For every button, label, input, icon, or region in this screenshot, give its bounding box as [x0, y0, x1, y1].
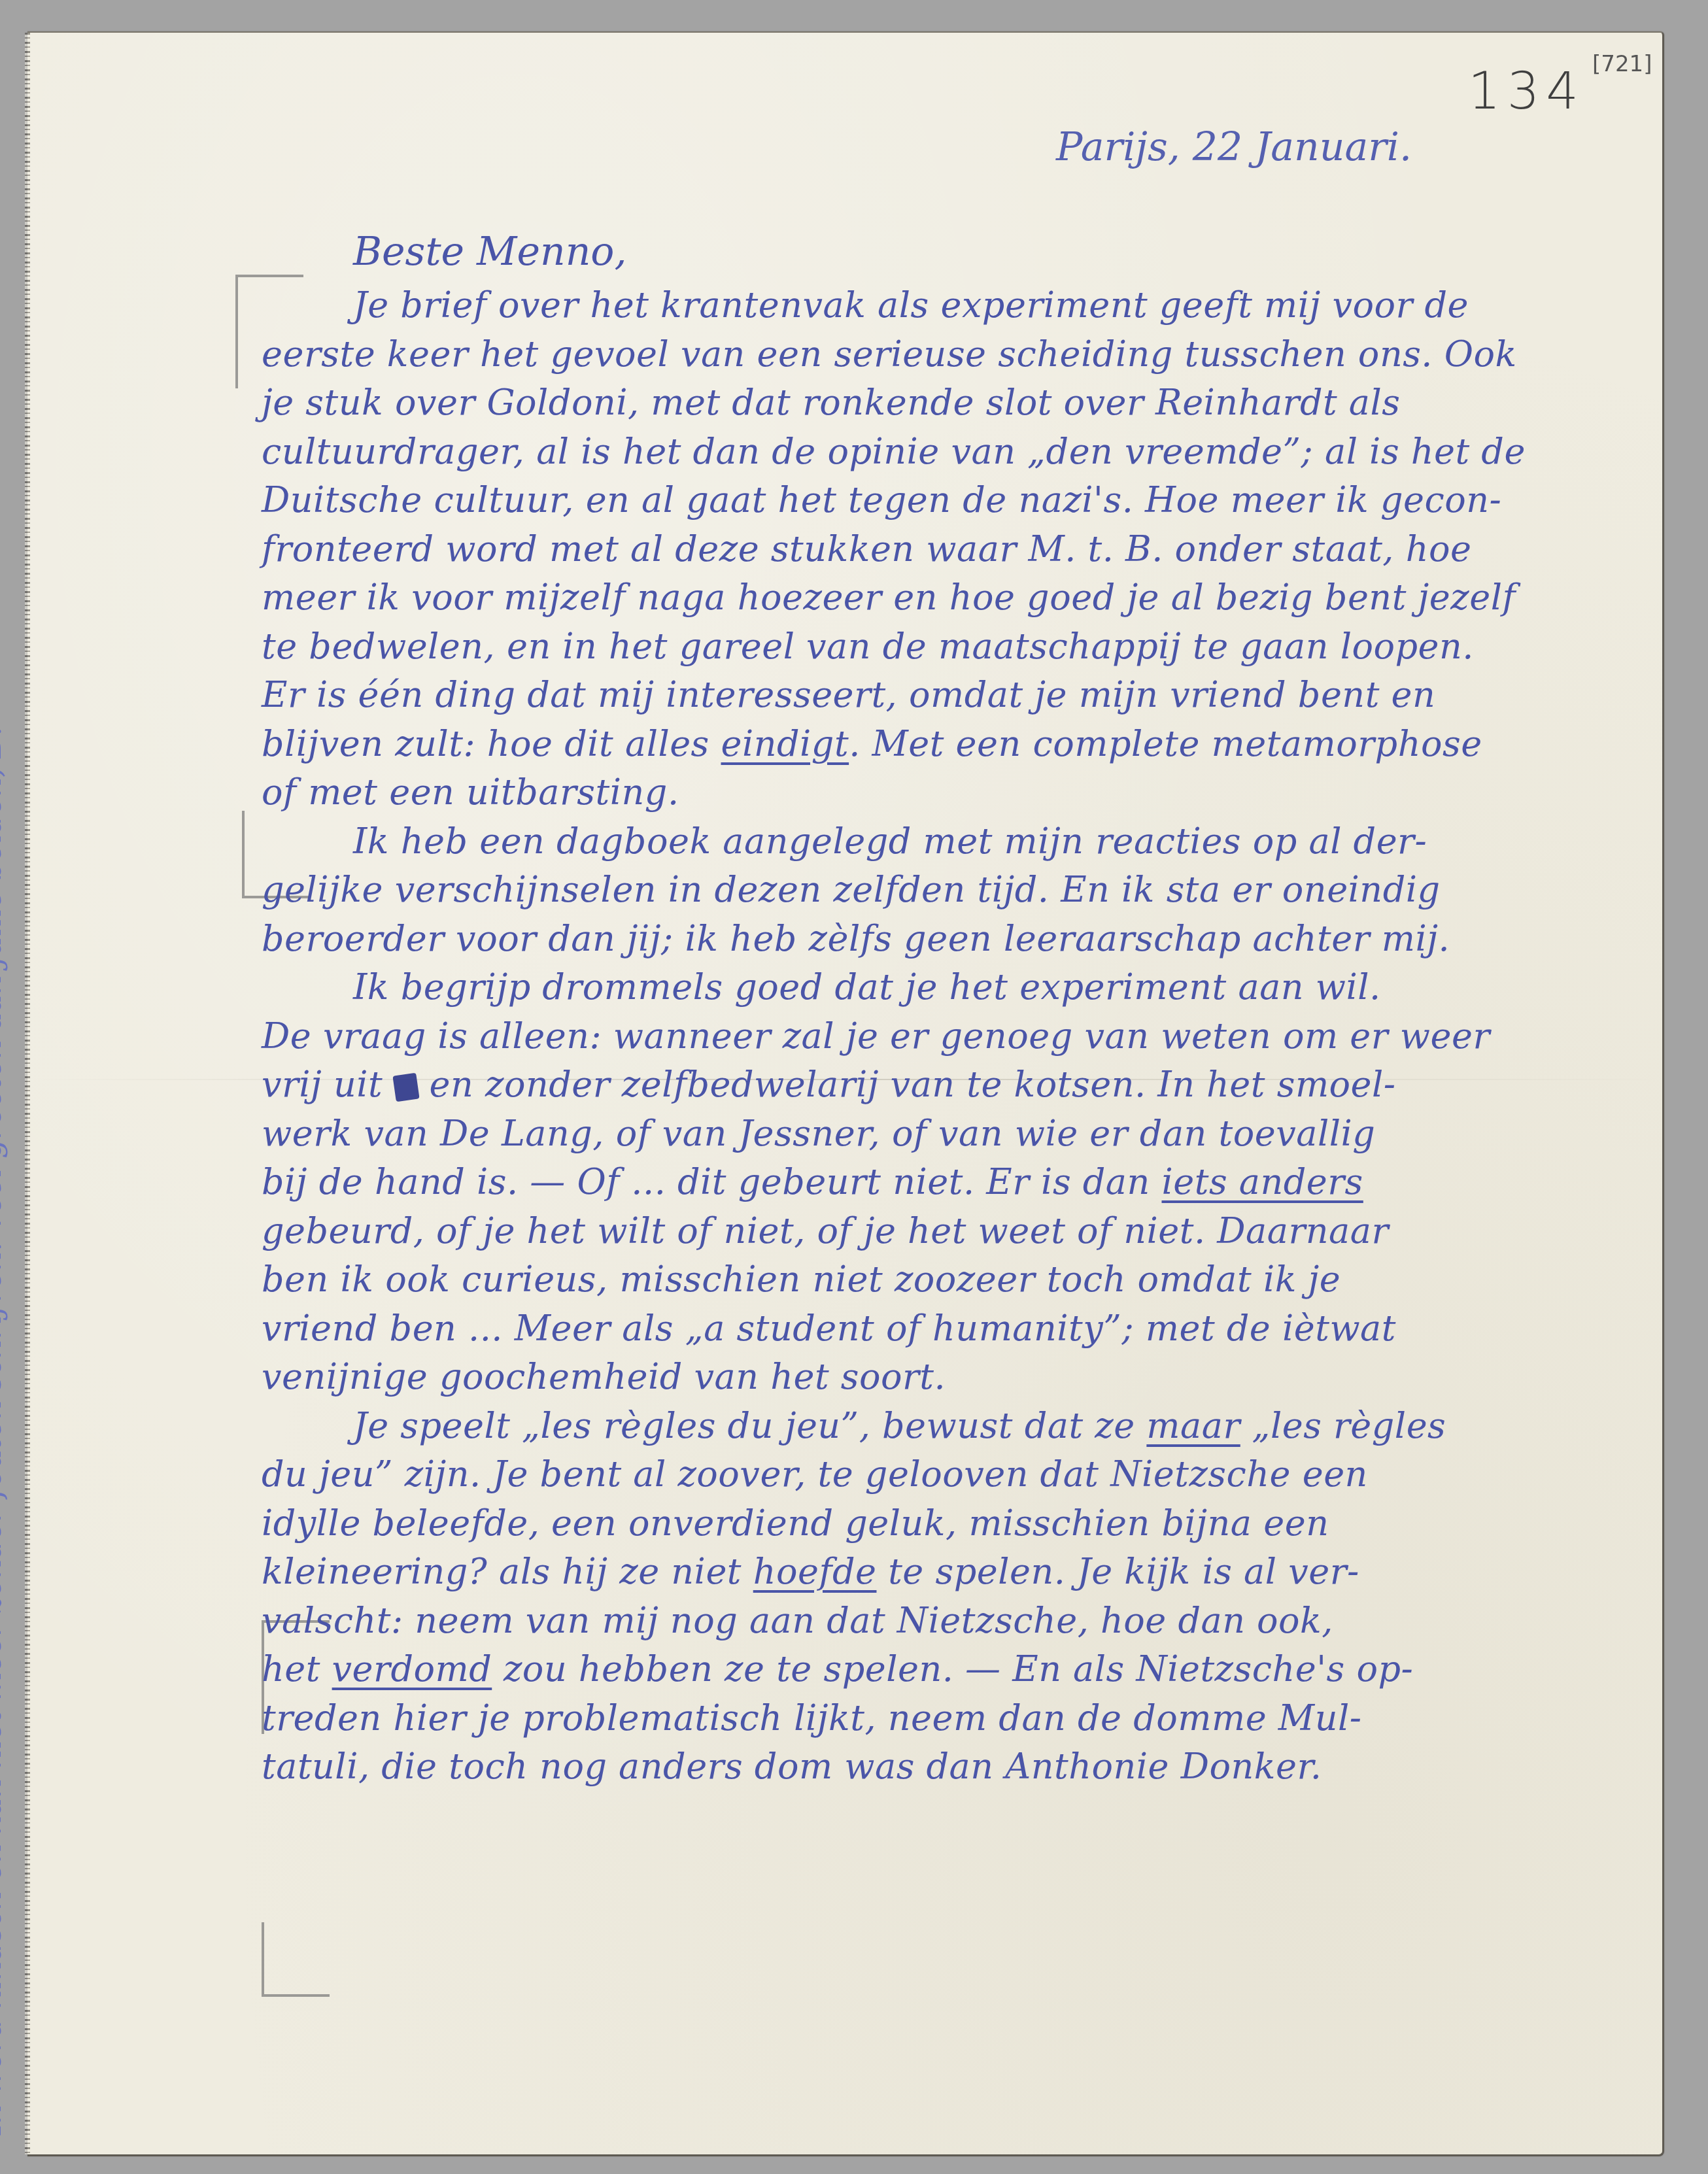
body-line: tatuli, die toch nog anders dom was dan … [262, 1742, 1667, 1792]
body-line: Er is één ding dat mij interesseert, omd… [262, 671, 1667, 720]
body-line: je stuk over Goldoni, met dat ronkende s… [262, 379, 1667, 428]
body-line: idylle beleefde, een onverdiend geluk, m… [262, 1499, 1667, 1548]
ink-blot-correction [392, 1073, 419, 1102]
body-line: gebeurd, of je het wilt of niet, of je h… [262, 1207, 1667, 1256]
body-line: kleineering? als hij ze niet hoefde te s… [262, 1548, 1667, 1597]
underlined-word: hoefde [753, 1551, 877, 1592]
body-line: beroerder voor dan jij; ik heb zèlfs gee… [262, 915, 1667, 964]
salutation: Beste Menno, [353, 229, 627, 275]
body-line: De vraag is alleen: wanneer zal je er ge… [262, 1012, 1667, 1061]
body-line: meer ik voor mijzelf naga hoezeer en hoe… [262, 573, 1667, 622]
body-line: blijven zult: hoe dit alles eindigt. Met… [262, 720, 1667, 769]
underlined-word: verdomd [332, 1648, 492, 1690]
pencil-bracket-end-2 [262, 1922, 330, 1997]
body-line: cultuurdrager, al is het dan de opinie v… [262, 428, 1667, 477]
body-line: vrij uit en zonder zelfbedwelarij van te… [262, 1061, 1667, 1110]
letter-body: Je brief over het krantenvak als experim… [262, 281, 1667, 1792]
underlined-word: maar [1146, 1405, 1240, 1446]
body-line: gelijke verschijnselen in dezen zelfden … [262, 866, 1667, 915]
body-line: het verdomd zou hebben ze te spelen. — E… [262, 1645, 1667, 1694]
body-line: Ik begrijp drommels goed dat je het expe… [262, 963, 1667, 1012]
body-line: Je brief over het krantenvak als experim… [262, 281, 1667, 330]
body-line: valscht: neem van mij nog aan dat Nietzs… [262, 1597, 1667, 1646]
dateline: Parijs, 22 Januari. [1056, 124, 1412, 170]
body-line: werk van De Lang, of van Jessner, of van… [262, 1110, 1667, 1159]
margin-note-line: Ik word kindsch en kan niet meer zonder … [0, 42, 20, 2135]
underlined-word: eindigt [721, 723, 849, 764]
body-line: Je speelt „les règles du jeu”, bewust da… [262, 1402, 1667, 1451]
body-line: eerste keer het gevoel van een serieuse … [262, 330, 1667, 379]
archive-reference: [721] [1592, 51, 1652, 77]
body-line: du jeu” zijn. Je bent al zoover, te gelo… [262, 1450, 1667, 1499]
body-line: of met een uitbarsting. [262, 768, 1667, 817]
margin-note-vertical: wij bepeerkt waren en naar anderen moest… [0, 42, 20, 2135]
body-line: Duitsche cultuur, en al gaat het tegen d… [262, 476, 1667, 525]
body-line: Ik heb een dagboek aangelegd met mijn re… [262, 817, 1667, 866]
body-line: ben ik ook curieus, misschien niet zooze… [262, 1255, 1667, 1304]
body-line: fronteerd word met al deze stukken waar … [262, 525, 1667, 574]
archive-number: 134 [1468, 62, 1585, 121]
body-line: treden hier je problematisch lijkt, neem… [262, 1694, 1667, 1743]
underlined-word: iets anders [1161, 1161, 1363, 1202]
body-line: venijnige goochemheid van het soort. [262, 1353, 1667, 1402]
body-line: vriend ben ... Meer als „a student of hu… [262, 1304, 1667, 1353]
body-line: bij de hand is. — Of ... dit gebeurt nie… [262, 1158, 1667, 1207]
body-line: te bedwelen, en in het gareel van de maa… [262, 622, 1667, 671]
